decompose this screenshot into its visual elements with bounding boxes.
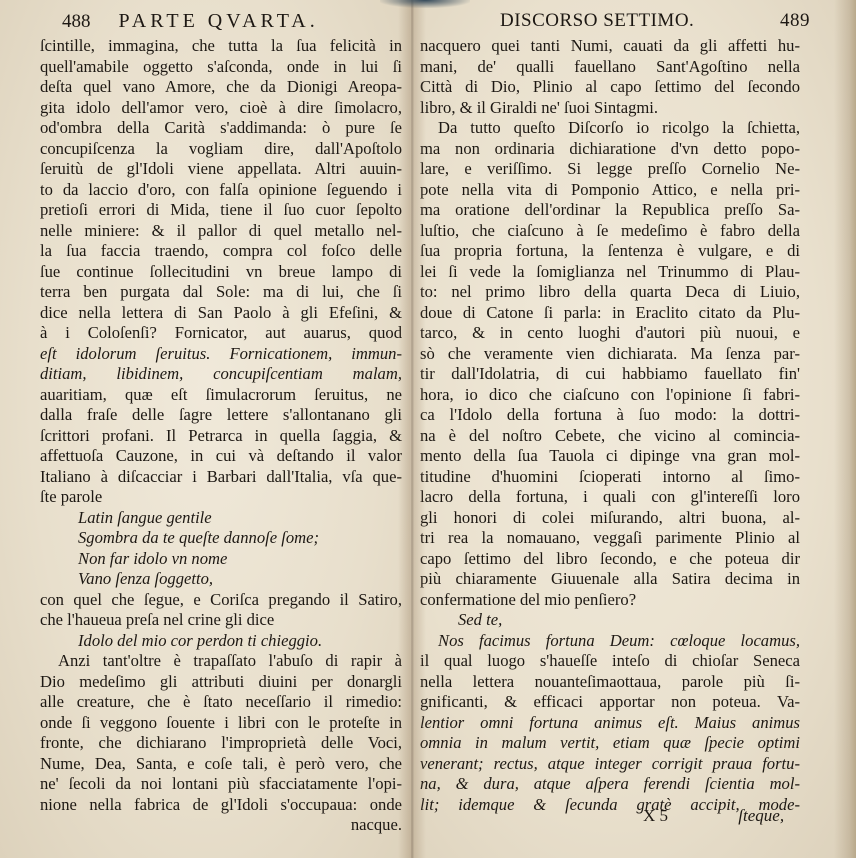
text-line: gli honori di colei miſurando, altri buo… — [420, 508, 800, 529]
text-line: Dio medeſimo gli attributi diuini per do… — [40, 672, 402, 693]
text-line: onde ſi veggono ſouente i libri con le p… — [40, 713, 402, 734]
text-line: Da tutto queſto Diſcorſo io ricolgo la ſ… — [420, 118, 800, 139]
text-line: fronte, che dichiarano l'improprietà del… — [40, 733, 402, 754]
text-line: concupiſcenza la vogliam dire, dall'Apoſ… — [40, 139, 402, 160]
verse-line: Sed te, — [420, 610, 800, 631]
text-line: nelle miniere: & il pallor di quel metal… — [40, 221, 402, 242]
text-line-latin: eſt idolorum ſeruitus. Fornicationem, im… — [40, 344, 402, 365]
text-line: pretioſi errori di Mida, tiene il ſuo cu… — [40, 200, 402, 221]
text-line: lacro della fortuna, i quali con gl'inte… — [420, 487, 800, 508]
text-line: luſtio, che ciaſcuno à ſe medeſimo è fab… — [420, 221, 800, 242]
page-footer: X 5 ſteque, — [643, 806, 784, 826]
text-line: confermatione del mio penſiero? — [420, 590, 800, 611]
text-line: ſeruitù de gl'Idoli viene appellata. Alt… — [40, 159, 402, 180]
text-line-latin: ditiam, libidinem, concupiſcentiam malam… — [40, 364, 402, 385]
running-title: DISCORSO SETTIMO. — [500, 10, 694, 32]
text-line: mento della ſua Tauola ci dipinge vna gr… — [420, 446, 800, 467]
text-line-latin: lentior omni fortuna animus eſt. Maius a… — [420, 713, 800, 734]
text-line: ca l'Idolo della fortuna à ſuo modo: la … — [420, 405, 800, 426]
catchword: ſteque, — [738, 806, 784, 825]
text-line: à i Coloſenſi? Fornicator, aut auarus, q… — [40, 323, 402, 344]
text-line: nella lettera nouanteſimaottaua, parole … — [420, 672, 800, 693]
verse-line: Idolo del mio cor perdon ti chieggio. — [40, 631, 402, 652]
text-line: to da laccio d'oro, con falſa opinione ſ… — [40, 180, 402, 201]
text-line: che l'haueua preſa nel crine gli dice — [40, 610, 402, 631]
text-line: capo ſettimo del libro ſecondo, e che po… — [420, 549, 800, 570]
text-line: terra ben purgata dal Sole: ma di lui, c… — [40, 282, 402, 303]
book-spread: 488 PARTE QVARTA. ſcintille, immagina, c… — [0, 0, 856, 858]
text-line: ſte parole — [40, 487, 402, 508]
text-line: alle creature, che è ſtato neceſſario il… — [40, 692, 402, 713]
text-line: la ſua faccia traendo, compra col foſco … — [40, 241, 402, 262]
text-line-latin: na, & dura, atque aſpera ferendi ſcienti… — [420, 774, 800, 795]
text-line: nione nella fabrica de gl'Idoli s'occupa… — [40, 795, 402, 816]
text-line: tir dall'Idolatria, di cui habbiamo faue… — [420, 364, 800, 385]
left-running-head: 488 PARTE QVARTA. — [62, 10, 319, 33]
text-line: deſta quel vano Amore, che da Dionigi Ar… — [40, 77, 402, 98]
text-line: nacquero quei tanti Numi, cauati da gli … — [420, 36, 800, 57]
left-body-text: ſcintille, immagina, che tutta la ſua fe… — [40, 36, 402, 836]
catchword: nacque. — [40, 815, 402, 836]
text-line-latin: omnia in malum vertit, etiam quæ ſpecie … — [420, 733, 800, 754]
right-page: DISCORSO SETTIMO. 489 nacquero quei tant… — [410, 0, 856, 858]
text-line: Italiano à diſcacciar i Barbari dall'Ita… — [40, 467, 402, 488]
text-line: il qual luogo s'haueſſe inteſo di chioſa… — [420, 651, 800, 672]
text-line: ne' ſecoli da noi lontani più sfacciatam… — [40, 774, 402, 795]
text-line: dice nella lettera di San Paolo à gli Ef… — [40, 303, 402, 324]
text-line: più chiaramente Giuuenale alla Satira de… — [420, 569, 800, 590]
verse-line: Nos facimus fortuna Deum: cœloque locamu… — [420, 631, 800, 652]
signature-mark: X 5 — [643, 806, 668, 825]
verse-line: Sgombra da te queſte dannoſe ſome; — [40, 528, 402, 549]
text-line: ſcintille, immagina, che tutta la ſua fe… — [40, 36, 402, 57]
text-line: Città di Dio, Plinio al capo ſettimo del… — [420, 77, 800, 98]
text-line: hora, io dico che ciaſcuno con l'opinion… — [420, 385, 800, 406]
text-line: mani, de' qualli fauellano Sant'Agoſtino… — [420, 57, 800, 78]
text-line: pote nella vita di Pomponio Attico, e ne… — [420, 180, 800, 201]
text-line: libro, & il Giraldi ne' ſuoi Sintagmi. — [420, 98, 800, 119]
verse-line: Latin ſangue gentile — [40, 508, 402, 529]
text-line: quell'amabile oggetto s'aſconda, onde in… — [40, 57, 402, 78]
text-line: tarco, & in cento luoghi d'autori più nu… — [420, 323, 800, 344]
text-line: dalla fraſe delle ſagre lettere s'allont… — [40, 405, 402, 426]
text-line: tri rea la nomauano, veggaſi parimente P… — [420, 528, 800, 549]
text-line: ma oratione dell'ordinar la Republica pr… — [420, 200, 800, 221]
text-line: ma non ordinaria dichiaratione d'vn dett… — [420, 139, 800, 160]
text-line: auaritiam, quæ eſt ſimulacrorum ſeruitus… — [40, 385, 402, 406]
text-line: titudine d'huomini ſcioperati intorno al… — [420, 467, 800, 488]
text-line: Anzi tant'oltre è trapaſſato l'abuſo di … — [40, 651, 402, 672]
text-line: ſcrittori profani. Il Petrarca in quella… — [40, 426, 402, 447]
text-line: sò che veramente vien dichiarata. Ma ſen… — [420, 344, 800, 365]
text-line: lare, e veriſſimo. Si legge preſſo Corne… — [420, 159, 800, 180]
right-running-head: DISCORSO SETTIMO. 489 — [500, 10, 810, 32]
text-line: doue di Catone ſi parla: in Eraclito cit… — [420, 303, 800, 324]
text-line: to: nel primo libro della quarta Deca di… — [420, 282, 800, 303]
text-line: na è del noſtro Cebete, che vicino al co… — [420, 426, 800, 447]
text-line: lei ſi vede la ſomiglianza nel Trinummo … — [420, 262, 800, 283]
text-line: con quel che ſegue, e Coriſca pregando i… — [40, 590, 402, 611]
text-line: ſue continue ſollecitudini vn breue lamp… — [40, 262, 402, 283]
page-number: 488 — [62, 11, 91, 32]
text-line: Nume, Dea, Santa, e coſe tali, è però ve… — [40, 754, 402, 775]
left-page: 488 PARTE QVARTA. ſcintille, immagina, c… — [0, 0, 410, 858]
page-number: 489 — [780, 10, 810, 32]
text-line: gita idolo dell'amor vero, cioè à dire ſ… — [40, 98, 402, 119]
verse-line: Non far idolo vn nome — [40, 549, 402, 570]
running-title: PARTE QVARTA. — [119, 10, 319, 32]
right-body-text: nacquero quei tanti Numi, cauati da gli … — [420, 36, 800, 815]
text-line: affettuoſa Cauzone, in cui và deſtando i… — [40, 446, 402, 467]
verse-line: Vano ſenza ſoggetto, — [40, 569, 402, 590]
text-line: gnificanti, & efficaci apportar non pote… — [420, 692, 800, 713]
text-line: ſua propria fortuna, la ſentenza è vulga… — [420, 241, 800, 262]
text-line-latin: venerant; rectus, atque integer corrigit… — [420, 754, 800, 775]
text-line: od'ombra della Carità s'addimanda: ò pur… — [40, 118, 402, 139]
